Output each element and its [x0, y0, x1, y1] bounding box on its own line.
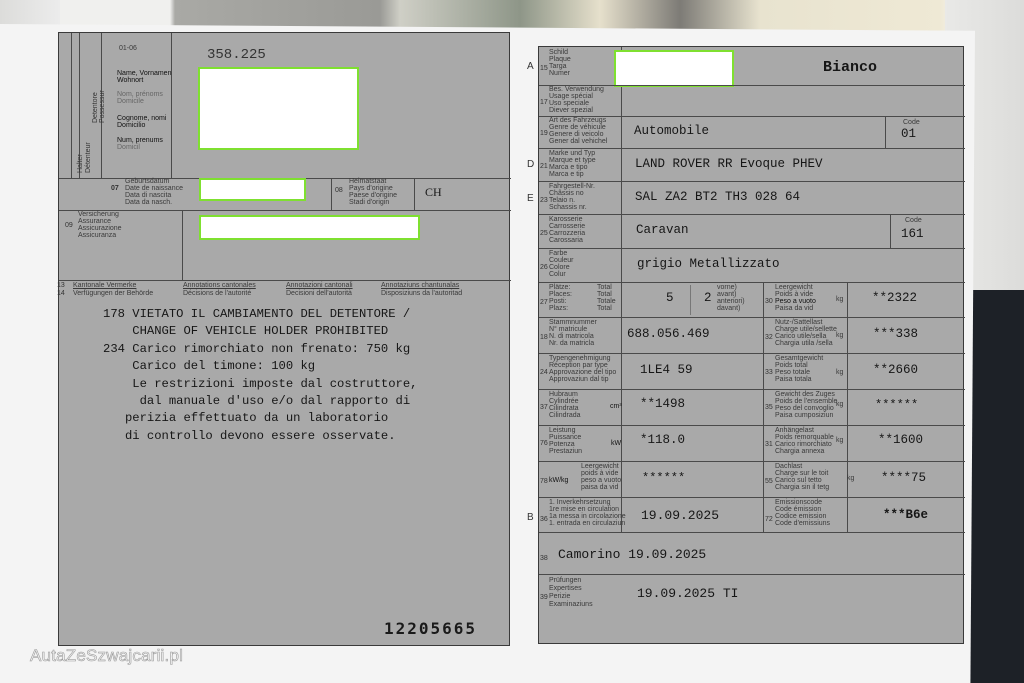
seats-label: Total [597, 305, 612, 313]
power-label: Prestaziun [549, 448, 582, 456]
field-code: 26 [540, 264, 548, 271]
field-code: 25 [540, 230, 548, 237]
field-code: 38 [540, 555, 548, 562]
field-code: 36 [540, 516, 548, 523]
name-label: Domicile [117, 98, 144, 106]
remarks-header: Décisions de l'autorité [183, 290, 251, 298]
document-number: 12205665 [384, 619, 477, 638]
plate-color-value: Bianco [823, 59, 877, 76]
color-label: Colur [549, 271, 566, 279]
power-value: *118.0 [640, 433, 685, 447]
vehicle-type-label: Gener dal vehichel [549, 138, 607, 146]
inspections-label: Expertises [549, 585, 582, 593]
field-code: 32 [765, 334, 773, 341]
matriculation-label: Nr. da matricla [549, 340, 594, 348]
field-code: 24 [540, 369, 548, 376]
vin-label: Schassis nr. [549, 204, 587, 212]
type-approval-value: 1LE4 59 [640, 363, 693, 377]
redacted-insurance [199, 215, 420, 240]
remarks-code: 13 [57, 282, 65, 289]
origin-code: 08 [335, 187, 343, 194]
name-label: Domicil [117, 144, 140, 152]
insurance-label: Assicuranza [78, 232, 116, 240]
code-label: Code [903, 119, 920, 127]
special-use-label: Diever spezial [549, 107, 593, 115]
emission-label: Code d'emissiuns [775, 520, 830, 528]
remarks-header: Kantonale Vermerke [73, 282, 136, 290]
unit-label: kg [836, 369, 843, 377]
inspections-label: Prüfungen [549, 577, 581, 585]
unit-label: kg [836, 401, 843, 409]
remark-line: di controllo devono essere osservate. [103, 428, 418, 445]
body-value: Caravan [636, 223, 689, 237]
remarks-header: Annotaziuns chantunalas [381, 282, 459, 290]
field-code: 31 [765, 441, 773, 448]
color-value: grigio Metallizzato [637, 257, 780, 271]
section-letter: E [527, 193, 534, 204]
first-registration-value: 19.09.2025 [641, 508, 719, 523]
birth-label: Data da nasch. [125, 199, 172, 207]
remark-line: dal manuale d'uso e/o dal rapporto di [103, 393, 418, 410]
roof-load-value: ****75 [881, 471, 926, 485]
name-label: Wohnort [117, 77, 143, 85]
field-code: 15 [540, 65, 548, 72]
remark-line: perizia effettuato da un laboratorio [103, 410, 418, 427]
field-code: 23 [540, 197, 548, 204]
field-code: 01-06 [119, 45, 137, 53]
trailer-load-value: **1600 [878, 433, 923, 447]
vin-value: SAL ZA2 BT2 TH3 028 64 [635, 190, 800, 204]
seats-front-label: davant) [717, 305, 740, 313]
remarks-header: Decisioni dell'autorità [286, 290, 352, 298]
field-code: 21 [540, 163, 548, 170]
field-code: 19 [540, 130, 548, 137]
body-label: Carossaria [549, 237, 583, 245]
redacted-holder-name [198, 67, 359, 150]
unit-label: kg [847, 475, 854, 483]
field-code: 78 [540, 478, 548, 485]
name-label: Domicilio [117, 122, 145, 130]
field-code: 55 [765, 478, 773, 485]
unit-label: cm³ [610, 403, 622, 411]
remark-line: Carico del timone: 100 kg [103, 358, 418, 375]
redacted-birth-date [199, 178, 306, 201]
remarks-header: Verfügungen der Behörde [73, 290, 153, 298]
remarks-text: 178 VIETATO IL CAMBIAMENTO DEL DETENTORE… [103, 306, 418, 445]
unit-label: kg [836, 296, 843, 304]
make-model-value: LAND ROVER RR Evoque PHEV [635, 157, 823, 171]
displacement-value: **1498 [640, 397, 685, 411]
type-approval-label: Approvaziun dal tip [549, 376, 609, 384]
unit-label: kW [611, 440, 621, 448]
insurance-code: 09 [65, 222, 73, 229]
matriculation-value: 688.056.469 [627, 327, 710, 341]
field-code: 17 [540, 99, 548, 106]
birth-code: 07 [111, 185, 119, 192]
displacement-label: Cilindrada [549, 412, 581, 420]
vehicle-panel: A 15 Schild Plaque Targa Numer Bianco 17… [538, 46, 964, 644]
code-label: Code [905, 217, 922, 225]
section-letter: B [527, 512, 534, 523]
section-letter: A [527, 61, 534, 72]
field-code: 39 [540, 594, 548, 601]
field-code: 33 [765, 369, 773, 376]
inspections-label: Examinaziuns [549, 601, 593, 609]
section-letter: D [527, 159, 534, 170]
payload-value: ***338 [873, 327, 918, 341]
place-date-value: Camorino 19.09.2025 [558, 547, 706, 562]
origin-value: CH [425, 185, 442, 200]
plate-label: Numer [549, 70, 570, 78]
remarks-code: 14 [57, 290, 65, 297]
remark-line: 178 VIETATO IL CAMBIAMENTO DEL DETENTORE… [103, 306, 418, 323]
remark-line: CHANGE OF VEHICLE HOLDER PROHIBITED [103, 323, 418, 340]
train-weight-label: Paisa cumposiziun [775, 412, 833, 420]
holder-vertical-label: Détenteur [85, 142, 93, 173]
watermark: AutaZeSzwajcarii.pl [30, 646, 183, 666]
remarks-header: Annotazioni cantonali [286, 282, 353, 290]
origin-label: Stadi d'origin [349, 199, 389, 207]
field-code: 18 [540, 334, 548, 341]
emission-value: ***B6e [883, 508, 928, 522]
inspections-label: Perizie [549, 593, 570, 601]
seats-label: Plazs: [549, 305, 568, 313]
first-registration-label: 1. entrada en circulaziun [549, 520, 625, 528]
unit-label: kW/kg [549, 477, 568, 485]
roof-load-label: Chargia sin il tetg [775, 484, 829, 492]
field-code: 27 [540, 299, 548, 306]
total-weight-label: Paisa totala [775, 376, 812, 384]
unit-label: kg [836, 437, 843, 445]
holder-number: 358.225 [207, 47, 266, 63]
power-weight-label: paisa da vid [581, 484, 618, 492]
trailer-load-label: Chargia annexa [775, 448, 824, 456]
vehicle-type-value: Automobile [634, 124, 709, 138]
power-weight-value: ****** [642, 471, 685, 485]
make-label: Marca e tip [549, 171, 584, 179]
empty-weight-value: **2322 [872, 291, 917, 305]
seats-total: 5 [666, 291, 674, 305]
field-code: 30 [765, 298, 773, 305]
holder-vertical-label: Halter [77, 154, 85, 173]
body-code: 161 [901, 227, 924, 241]
field-code: 35 [765, 404, 773, 411]
remarks-header: Annotations cantonales [183, 282, 256, 290]
payload-label: Chargia utila /sella [775, 340, 833, 348]
seats-front: 2 [704, 291, 712, 305]
holder-vertical-label: Possessur [99, 90, 107, 123]
remarks-header: Disposiziuns da l'autoritad [381, 290, 462, 298]
field-code: 37 [540, 404, 548, 411]
field-code: 72 [765, 516, 773, 523]
field-code: 76 [540, 440, 548, 447]
holder-panel: Halter Détenteur Detentore Possessur 01-… [58, 32, 510, 646]
vehicle-type-code: 01 [901, 127, 916, 141]
train-weight-value: ****** [875, 398, 918, 412]
redacted-plate-number [614, 50, 734, 87]
empty-weight-label: Paisa da vid [775, 305, 813, 313]
total-weight-value: **2660 [873, 363, 918, 377]
unit-label: kg [836, 332, 843, 340]
inspections-value: 19.09.2025 TI [637, 586, 738, 601]
remark-line: 234 Carico rimorchiato non frenato: 750 … [103, 341, 418, 358]
remark-line: Le restrizioni imposte dal costruttore, [103, 376, 418, 393]
